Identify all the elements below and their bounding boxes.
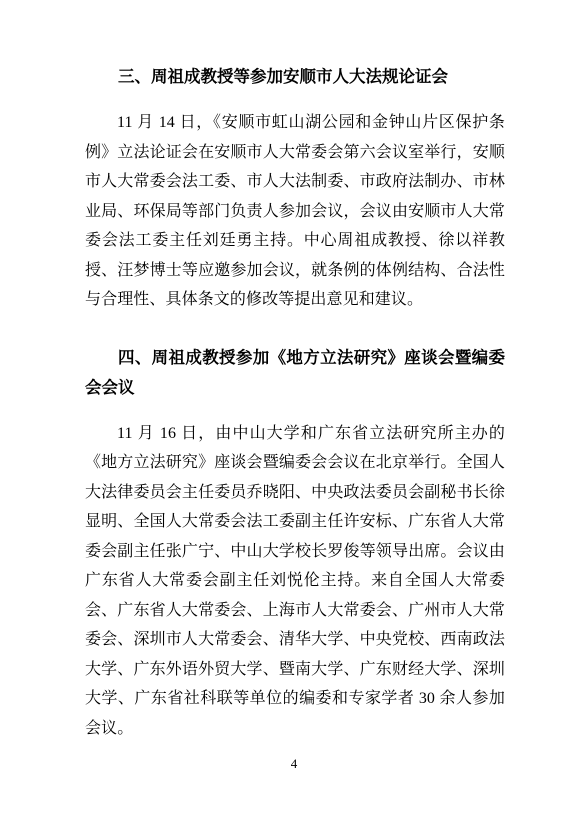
section-4-heading: 四、周祖成教授参加《地方立法研究》座谈会暨编委会会议 — [85, 343, 505, 403]
document-content: 三、周祖成教授等参加安顺市人大法规论证会 11 月 14 日，《安顺市虹山湖公园… — [85, 62, 505, 743]
page-number: 4 — [0, 756, 588, 772]
section-4-paragraph: 11 月 16 日，由中山大学和广东省立法研究所主办的《地方立法研究》座谈会暨编… — [85, 419, 505, 744]
section-3-paragraph: 11 月 14 日，《安顺市虹山湖公园和金钟山片区保护条例》立法论证会在安顺市人… — [85, 108, 505, 315]
section-3-heading: 三、周祖成教授等参加安顺市人大法规论证会 — [85, 62, 505, 92]
document-page: 三、周祖成教授等参加安顺市人大法规论证会 11 月 14 日，《安顺市虹山湖公园… — [0, 0, 588, 834]
